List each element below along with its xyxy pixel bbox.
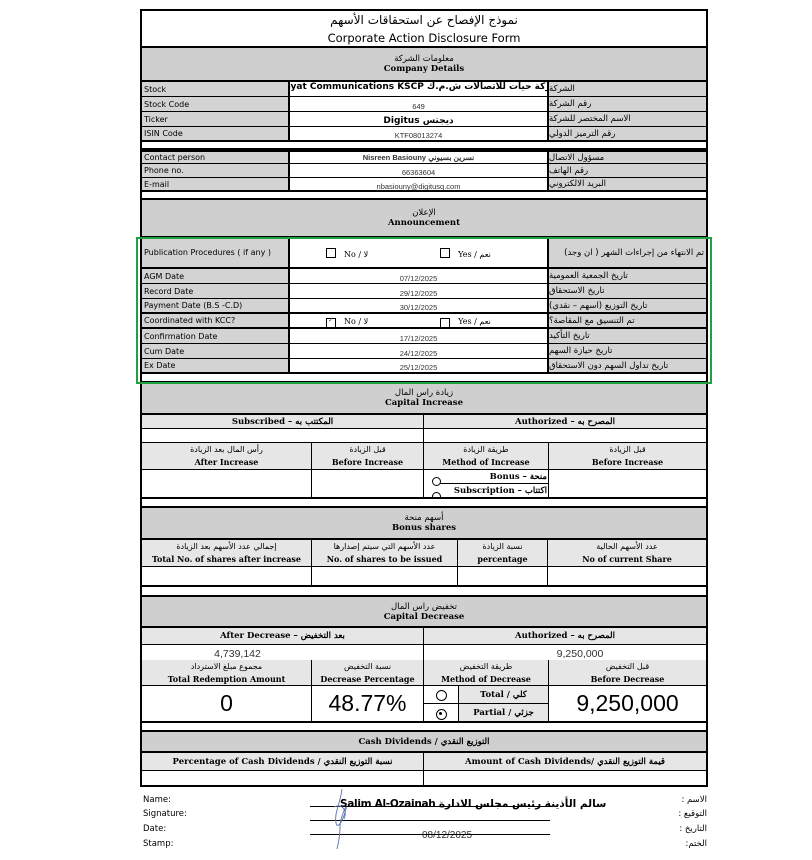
announcement-date-row: Record Date29/12/2025تاريخ الاستحقاق <box>142 284 706 299</box>
option-label: No / لا <box>344 250 368 259</box>
row-value[interactable]: 29/12/2025 <box>290 284 549 298</box>
row-label-en: Ex Date <box>142 359 290 372</box>
total-radio[interactable] <box>436 690 447 701</box>
after-decrease-value[interactable]: 4,739,142 <box>142 645 424 660</box>
column-header-ar: طريقة الزيادة <box>463 444 508 456</box>
name-label-ar: الاسم : <box>681 795 707 805</box>
method-bonus-row[interactable]: Bonus – منحة <box>436 470 548 484</box>
publication-options: No / لا Yes / نعم <box>290 238 549 267</box>
row-value[interactable]: Nisreen Basiouny نسرين بسيوني <box>290 152 549 163</box>
capital-increase-columns: رأس المال بعد الزيادةAfter Increaseقبل ا… <box>142 443 706 470</box>
column-header-en: Method of Decrease <box>441 673 531 685</box>
row-value[interactable]: 24/12/2025 <box>290 344 549 358</box>
subscribed-label: Subscribed – المكتتب به <box>142 415 424 428</box>
column-header: قبل الزيادةBefore Increase <box>549 443 706 469</box>
kcc-no-option[interactable]: No / لا <box>326 317 368 327</box>
checkbox[interactable] <box>326 248 336 258</box>
method-of-decrease: Total / كلي Partial / جزئي <box>424 686 549 721</box>
column-header: قبل الزيادةBefore Increase <box>312 443 424 469</box>
decrease-percentage-value[interactable]: 48.77% <box>312 686 424 721</box>
subscribed-value[interactable] <box>142 429 424 442</box>
method-partial-label: Partial / جزئي <box>459 704 548 721</box>
announcement-date-row: Cum Date24/12/2025تاريخ حيازة السهم <box>142 344 706 359</box>
row-label-ar: تاريخ تداول السهم دون الاستحقاق <box>549 359 706 372</box>
company-row: Stock Code649رقم الشركة <box>142 97 706 112</box>
announcement-date-row: Ex Date25/12/2025تاريخ تداول السهم دون ا… <box>142 359 706 374</box>
row-label-ar: تاريخ التأكيد <box>549 329 706 343</box>
capital-increase-values <box>142 429 706 443</box>
row-label-en: AGM Date <box>142 269 290 283</box>
form-title-en: Corporate Action Disclosure Form <box>142 29 706 46</box>
row-label-ar: تم الانتهاء من إجراءات الشهر ( ان وجد) <box>549 238 706 267</box>
partial-radio[interactable] <box>436 709 447 720</box>
row-label-en: Phone no. <box>142 164 290 177</box>
percentage-of-cash-dividends-value[interactable] <box>142 771 424 785</box>
section-title-en: Bonus shares <box>142 523 706 533</box>
capital-decrease-values: 4,739,142 9,250,000 <box>142 645 706 660</box>
method-of-increase: Bonus – منحة Subscription – اكتتاب <box>424 470 549 497</box>
signature-label-en: Signature: <box>143 809 187 819</box>
capital-decrease-header: تخفيض راس المال Capital Decrease <box>142 597 706 628</box>
signature-block: Name: Signature: Date: Stamp: الاسم : ال… <box>140 795 710 855</box>
date-label-en: Date: <box>143 824 166 834</box>
method-total-label: Total / كلي <box>459 686 548 703</box>
name-label-en: Name: <box>143 795 171 805</box>
checkbox[interactable] <box>440 318 450 327</box>
method-subscription-row[interactable]: Subscription – اكتتاب <box>424 484 548 497</box>
row-label-en: Stock <box>142 82 290 96</box>
company-details-header: معلومات الشركة Company Details <box>142 48 706 82</box>
date-label-ar: التاريخ : <box>679 824 707 834</box>
capital-decrease-columns: مجموع مبلغ الاستردادTotal Redemption Amo… <box>142 660 706 686</box>
before-decrease-value[interactable]: 9,250,000 <box>549 686 706 721</box>
authorized-decrease-label: Authorized – المصرح به <box>424 628 706 644</box>
row-value[interactable]: 649 <box>290 97 549 111</box>
kcc-options: No / لا Yes / نعم <box>290 314 549 327</box>
publication-procedures-row: Publication Procedures ( if any ) No / ل… <box>142 238 706 269</box>
contact-row: Phone no.66363604رقم الهاتف <box>142 164 706 178</box>
column-header: قبل التخفيضBefore Decrease <box>549 660 706 685</box>
row-label-en: Publication Procedures ( if any ) <box>142 238 290 267</box>
stamp-label-ar: الختم: <box>685 839 707 849</box>
row-label-en: Confirmation Date <box>142 329 290 343</box>
column-header-en: Before Increase <box>592 456 663 468</box>
cash-dividends-subheader: Percentage of Cash Dividends / نسبة التو… <box>142 753 706 771</box>
row-value[interactable]: 17/12/2025 <box>290 329 549 343</box>
company-row: StockHayat Communications KSCP شركة حيات… <box>142 82 706 97</box>
shares-to-issue-value[interactable] <box>312 567 458 585</box>
column-header-ar: مجموع مبلغ الاسترداد <box>191 661 262 673</box>
announcement-section: الإعلان Announcement Publication Procedu… <box>140 200 708 383</box>
row-label-ar: تاريخ التوزيع (اسهم – نقدي) <box>549 299 706 312</box>
signature-label-ar: التوقيع : <box>678 809 707 819</box>
spacer <box>142 192 706 200</box>
contact-row: E-mailnbasiouny@digitusq.comالبريد الالك… <box>142 178 706 192</box>
column-header-en: Total Redemption Amount <box>168 673 286 685</box>
row-label-en: Payment Date (B.S -C.D) <box>142 299 290 312</box>
form-title-ar: نموذج الإفصاح عن استحقاقات الأسهم <box>142 11 706 29</box>
cash-dividends-values <box>142 771 706 785</box>
announcement-date-row: Confirmation Date17/12/2025تاريخ التأكيد <box>142 329 706 344</box>
column-header-ar: عدد الأسهم الحالية <box>596 541 658 553</box>
section-title-en: Capital Decrease <box>142 612 706 622</box>
column-header-en: No. of shares to be issued <box>327 553 443 565</box>
column-header: عدد الأسهم التي سيتم إصدارهاNo. of share… <box>312 540 458 566</box>
column-header-ar: نسبة الزيادة <box>482 541 522 553</box>
disclosure-form: نموذج الإفصاح عن استحقاقات الأسهم Corpor… <box>140 9 708 787</box>
column-header: طريقة التخفيضMethod of Decrease <box>424 660 549 685</box>
capital-decrease-input-row: 0 48.77% Total / كلي Partial / جزئي 9,25… <box>142 686 706 723</box>
date-value[interactable]: 08/12/2025 <box>422 830 472 841</box>
row-value[interactable]: Digitus ديجتس <box>290 112 549 126</box>
row-label-ar: البريد الالكتروني <box>549 178 706 190</box>
spacer <box>142 142 706 150</box>
row-label-ar: تاريخ الجمعية العمومية <box>549 269 706 283</box>
section-title-en: Announcement <box>142 218 706 228</box>
column-header-ar: رأس المال بعد الزيادة <box>190 444 263 456</box>
option-label: Yes / نعم <box>458 317 491 326</box>
amount-of-cash-dividends-label: Amount of Cash Dividends/ قيمة التوزيع ا… <box>424 753 706 770</box>
percentage-of-cash-dividends-label: Percentage of Cash Dividends / نسبة التو… <box>142 753 424 770</box>
contact-row: Contact personNisreen Basiouny نسرين بسي… <box>142 150 706 164</box>
row-label-ar: رقم الشركة <box>549 97 706 111</box>
company-row: TickerDigitus ديجتسالاسم المختصر للشركة <box>142 112 706 127</box>
column-header-ar: قبل الزيادة <box>609 444 645 456</box>
row-label-en: Cum Date <box>142 344 290 358</box>
row-label-ar: الاسم المختصر للشركة <box>549 112 706 126</box>
amount-of-cash-dividends-value[interactable] <box>424 771 706 785</box>
row-label-ar: تاريخ الاستحقاق <box>549 284 706 298</box>
row-label-en: Coordinated with KCC? <box>142 314 290 327</box>
form-title-block: نموذج الإفصاح عن استحقاقات الأسهم Corpor… <box>140 9 708 48</box>
bonus-shares-columns: إجمالي عدد الأسهم بعد الزيادةTotal No. o… <box>142 540 706 567</box>
current-shares-value[interactable] <box>548 567 706 585</box>
capital-increase-input-row: Bonus – منحة Subscription – اكتتاب <box>142 470 706 499</box>
column-header: عدد الأسهم الحاليةNo of current Share <box>548 540 706 566</box>
column-header-en: After Increase <box>195 456 259 468</box>
row-label-ar: تاريخ حيازة السهم <box>549 344 706 358</box>
before-increase-value-2[interactable] <box>549 470 706 497</box>
increase-percentage-value[interactable] <box>458 567 548 585</box>
column-header-en: Method of Increase <box>442 456 529 468</box>
column-header: طريقة الزيادةMethod of Increase <box>424 443 549 469</box>
capital-increase-header: زيادة راس المال Capital Increase <box>142 383 706 415</box>
section-title-ar: أسهم منحة <box>142 513 706 523</box>
total-redemption-value[interactable]: 0 <box>142 686 312 721</box>
column-header: نسبة التخفيضDecrease Percentage <box>312 660 424 685</box>
announcement-header: الإعلان Announcement <box>142 200 706 238</box>
row-value[interactable]: 25/12/2025 <box>290 359 549 372</box>
column-header-ar: طريقة التخفيض <box>460 661 512 673</box>
checkbox[interactable] <box>326 318 336 327</box>
column-header: رأس المال بعد الزيادةAfter Increase <box>142 443 312 469</box>
column-header-en: No of current Share <box>582 553 672 565</box>
column-header-ar: إجمالي عدد الأسهم بعد الزيادة <box>176 541 276 553</box>
column-header: مجموع مبلغ الاستردادTotal Redemption Amo… <box>142 660 312 685</box>
after-decrease-label: After Decrease – بعد التخفيض <box>142 628 424 644</box>
column-header-en: Decrease Percentage <box>320 673 414 685</box>
row-label-en: Ticker <box>142 112 290 126</box>
cash-dividends-section: Cash Dividends / التوزيع النقدي Percenta… <box>140 732 708 787</box>
row-label-en: E-mail <box>142 178 290 190</box>
section-title-ar: الإعلان <box>142 208 706 218</box>
capital-decrease-subheader: After Decrease – بعد التخفيض Authorized … <box>142 628 706 645</box>
name-value[interactable]: Salim Al-Ozainah سالم الأذينة رئيس مجلس … <box>340 798 606 810</box>
spacer <box>142 374 706 383</box>
section-title-ar: معلومات الشركة <box>142 54 706 64</box>
checkbox[interactable] <box>440 248 450 258</box>
bonus-shares-input-row <box>142 567 706 587</box>
section-title-en: Company Details <box>142 64 706 74</box>
company-row: ISIN CodeKTF08013274رقم الترميز الدولي <box>142 127 706 142</box>
bonus-shares-section: أسهم منحة Bonus shares إجمالي عدد الأسهم… <box>140 508 708 597</box>
total-shares-after-value[interactable] <box>142 567 312 585</box>
column-header-en: percentage <box>477 553 527 565</box>
column-header-en: Before Decrease <box>591 673 665 685</box>
row-label-en: ISIN Code <box>142 127 290 140</box>
row-label-en: Stock Code <box>142 97 290 111</box>
capital-increase-section: زيادة راس المال Capital Increase Subscri… <box>140 383 708 508</box>
column-header: إجمالي عدد الأسهم بعد الزيادةTotal No. o… <box>142 540 312 566</box>
row-label-en: Record Date <box>142 284 290 298</box>
row-value[interactable]: 30/12/2025 <box>290 299 549 312</box>
company-details-section: معلومات الشركة Company Details StockHaya… <box>140 48 708 200</box>
row-label-ar: رقم الهاتف <box>549 164 706 177</box>
row-label-ar: الشركة <box>549 82 706 96</box>
authorized-value[interactable] <box>424 429 706 442</box>
authorized-label: Authorized – المصرح به <box>424 415 706 428</box>
row-value[interactable]: nbasiouny@digitusq.com <box>290 178 549 190</box>
row-value[interactable]: KTF08013274 <box>290 127 549 140</box>
publication-no-option[interactable]: No / لا <box>326 247 368 259</box>
column-header-ar: قبل التخفيض <box>606 661 649 673</box>
option-label: Yes / نعم <box>458 250 491 259</box>
before-increase-value[interactable] <box>312 470 424 497</box>
bonus-radio[interactable] <box>432 477 441 486</box>
option-label: No / لا <box>344 317 368 326</box>
row-label-ar: مسؤول الاتصال <box>549 152 706 163</box>
column-header-ar: عدد الأسهم التي سيتم إصدارها <box>334 541 436 553</box>
announcement-date-row: Payment Date (B.S -C.D)30/12/2025تاريخ ا… <box>142 299 706 314</box>
stamp-label-en: Stamp: <box>143 839 173 849</box>
spacer <box>142 723 706 732</box>
method-subscription-label: Subscription – اكتتاب <box>454 486 547 496</box>
row-value[interactable]: 66363604 <box>290 164 549 177</box>
column-header-ar: نسبة التخفيض <box>344 661 391 673</box>
bonus-shares-header: أسهم منحة Bonus shares <box>142 508 706 540</box>
column-header: نسبة الزيادةpercentage <box>458 540 548 566</box>
publication-yes-option[interactable]: Yes / نعم <box>440 247 491 259</box>
capital-increase-subheader: Subscribed – المكتتب به Authorized – الم… <box>142 415 706 429</box>
row-label-en: Contact person <box>142 152 290 163</box>
subscription-radio[interactable] <box>432 492 441 497</box>
capital-decrease-section: تخفيض راس المال Capital Decrease After D… <box>140 597 708 732</box>
method-bonus-label: Bonus – منحة <box>490 472 547 482</box>
row-label-ar: تم التنسيق مع المقاصة؟ <box>549 314 706 327</box>
spacer <box>142 587 706 597</box>
announcement-date-row: AGM Date07/12/2025تاريخ الجمعية العمومية <box>142 269 706 284</box>
kcc-yes-option[interactable]: Yes / نعم <box>440 317 491 327</box>
section-title-ar: زيادة راس المال <box>142 388 706 398</box>
cash-dividends-header: Cash Dividends / التوزيع النقدي <box>142 732 706 753</box>
section-title-ar: تخفيض راس المال <box>142 602 706 612</box>
section-title-en: Capital Increase <box>142 398 706 408</box>
authorized-decrease-value[interactable]: 9,250,000 <box>424 645 706 660</box>
kcc-row: Coordinated with KCC? No / لا Yes / نعم … <box>142 314 706 329</box>
handwritten-signature-icon <box>328 787 358 851</box>
row-value[interactable]: Hayat Communications KSCP شركة حيات للات… <box>290 82 549 96</box>
column-header-en: Total No. of shares after increase <box>152 553 301 565</box>
column-header-en: Before Increase <box>332 456 403 468</box>
row-label-ar: رقم الترميز الدولي <box>549 127 706 140</box>
column-header-ar: قبل الزيادة <box>349 444 385 456</box>
after-increase-value[interactable] <box>142 470 312 497</box>
row-value[interactable]: 07/12/2025 <box>290 269 549 283</box>
spacer <box>142 499 706 508</box>
